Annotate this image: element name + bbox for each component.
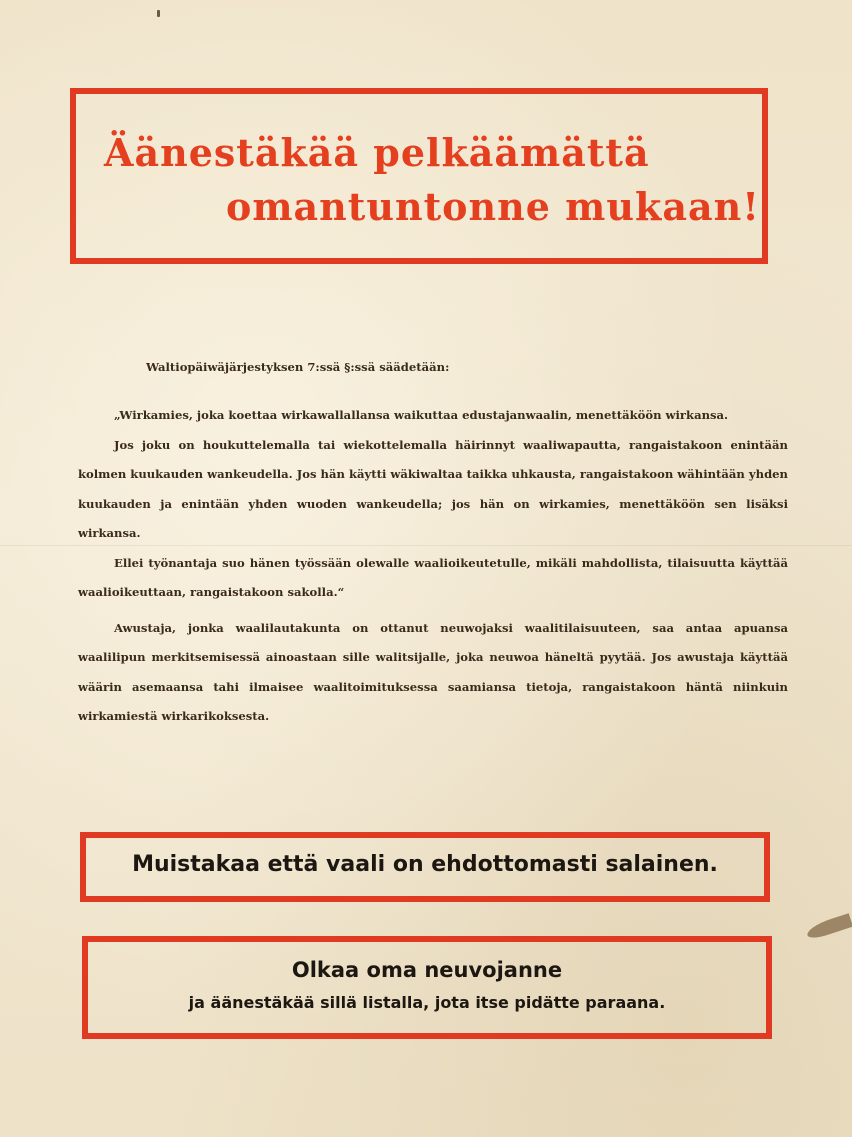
law-paragraph: Awustaja, jonka waalilautakunta on ottan…: [78, 614, 788, 732]
headline-box: Äänestäkää pelkäämättä omantuntonne muka…: [70, 88, 768, 264]
law-heading: Waltiopäiwäjärjestyksen 7:ssä §:ssä sääd…: [146, 360, 788, 374]
secret-ballot-box: Muistakaa että vaali on ehdottomasti sal…: [80, 832, 770, 902]
secret-ballot-notice: Muistakaa että vaali on ehdottomasti sal…: [86, 852, 764, 877]
paper-tear: [805, 913, 852, 941]
law-paragraph: „Wirkamies, joka koettaa wirkawallallans…: [78, 401, 788, 431]
advice-subtitle: ja äänestäkää sillä listalla, jota itse …: [88, 993, 766, 1012]
law-paragraph: Jos joku on houkuttelemalla tai wiekotte…: [78, 431, 788, 549]
paper-speck: [157, 10, 160, 17]
advice-title: Olkaa oma neuvojanne: [88, 958, 766, 982]
law-excerpt: Waltiopäiwäjärjestyksen 7:ssä §:ssä sääd…: [78, 360, 788, 732]
headline-line-1: Äänestäkää pelkäämättä: [104, 130, 650, 175]
election-poster: Äänestäkää pelkäämättä omantuntonne muka…: [0, 0, 852, 1137]
law-paragraph: Ellei työnantaja suo hänen työssään olew…: [78, 549, 788, 608]
headline-line-2: omantuntonne mukaan!: [226, 184, 760, 229]
advice-box: Olkaa oma neuvojanne ja äänestäkää sillä…: [82, 936, 772, 1039]
